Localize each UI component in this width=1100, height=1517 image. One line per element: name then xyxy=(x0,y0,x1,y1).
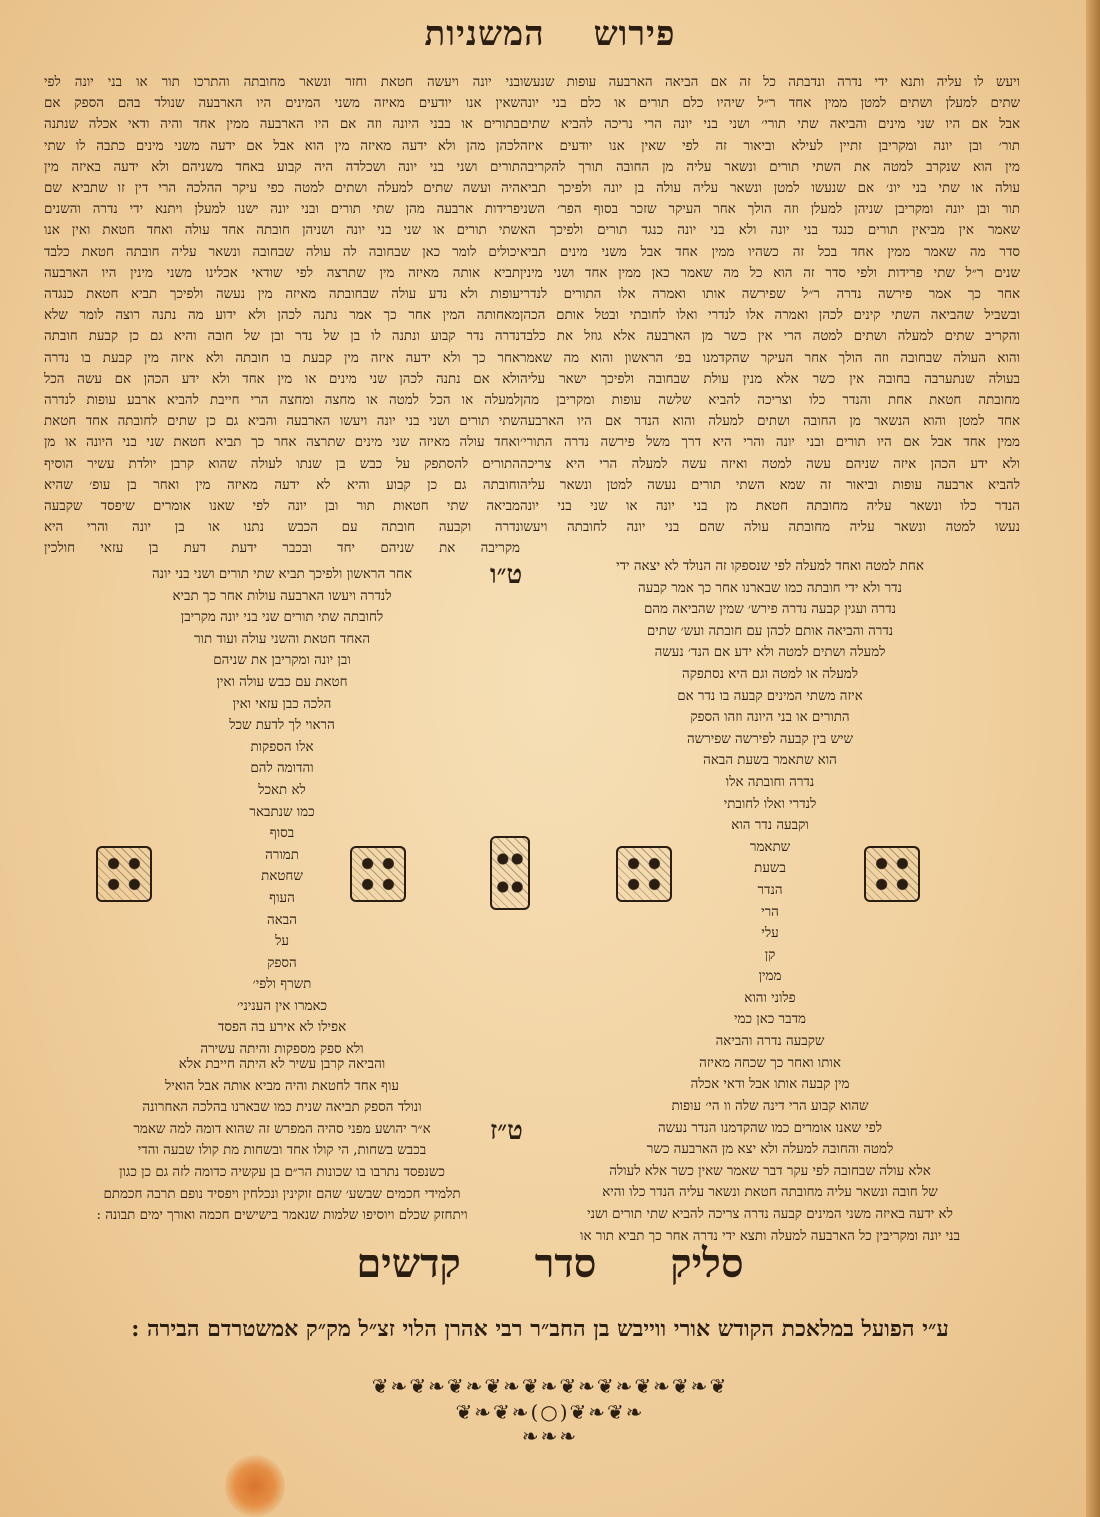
text-line: תשרף ולפי׳ xyxy=(44,974,520,996)
text-line: הנדר xyxy=(520,880,1020,902)
text-line: ובשביל שהביאה השתי קינים לכהן ואמרה אלו … xyxy=(520,305,1020,326)
text-line: מין קבעה אותו אבל ודאי אכלה xyxy=(520,1074,1020,1096)
text-line: הנדר כלו ונשאר עליה מחובתה חטאת מן בני י… xyxy=(520,496,1020,517)
text-line: מחובתה חטאת אחת והנדר כלו וצריכה להביא ש… xyxy=(520,390,1020,411)
text-line: מביאה שתי חטאות תור ובן יונה לפי שאנו או… xyxy=(44,496,520,517)
ornament-block-icon xyxy=(490,836,530,910)
text-line: עוף אחד לחטאת והיה מביא אותה אבל הואיל xyxy=(44,1076,520,1098)
text-line: תורים ושני בני יונה ושכלדה היה קבוע באחד… xyxy=(44,157,520,178)
paper-stain xyxy=(225,1455,285,1517)
text-line: נדרה והביאה אותם לכהן עם חובתה ועש׳ שתים xyxy=(520,621,1020,643)
text-line: שאין אנו יודעים מאיזה משני המינים היו הא… xyxy=(44,93,520,114)
text-line: לכהן מהן ולא ידעה מאיזה מין הוא אבל אם י… xyxy=(44,136,520,157)
text-line: מאחותה המין אחר כך אמר נתנה לכהן ולא ידו… xyxy=(44,305,520,326)
text-line: והדומה להם xyxy=(44,758,520,780)
text-line: שתי תורים או שני בני יונה ושניהן חובתה א… xyxy=(44,220,520,241)
text-line: עולה או שתי בני יונ׳ אם שנעשו למטן ונשאר… xyxy=(520,178,1020,199)
text-line: לנדרה ויעשו הארבעה עולות אחר כך תביא xyxy=(44,586,520,608)
text-line: מין הוא שנקרב למטה את השתי תורים ונשאר ע… xyxy=(520,157,1020,178)
text-line: חטאת עם כבש עולה ואין xyxy=(44,672,520,694)
fleuron-row-3-icon: ❧❧❧ xyxy=(0,1424,1100,1448)
text-line: מדבר כאן כמי xyxy=(520,1009,1020,1031)
text-line: כשנפסד נתרבו בו שכונות הר״ם בן עקשיה כדו… xyxy=(44,1162,520,1184)
text-line: נדרה ועגין קבעה נדרה פירש׳ שמין שהביאה מ… xyxy=(520,599,1020,621)
text-line: וחובתה גם כן קבוע והיא לא ידעה מאיזה מין… xyxy=(44,475,520,496)
text-line: עלי xyxy=(520,923,1020,945)
text-line: נדרה וחובתה אלו xyxy=(520,772,1020,794)
text-line: ונולד הספק תביאה שנית כמו שבארנו בהלכה ה… xyxy=(44,1097,520,1119)
text-line: התורים או בני היונה וזהו הספק xyxy=(520,707,1020,729)
text-line: הוא שתאמר בשעת הבאה xyxy=(520,750,1020,772)
text-line: אלו הספקות xyxy=(44,737,520,759)
text-line: בעולה שנתערבה בחובה אין כשר אלא מנין עול… xyxy=(520,369,1020,390)
left-column: בני יונה ויעשה חטאת וחזר ונשאר מחובתה וה… xyxy=(44,72,520,560)
text-line: ולא אם נתנה לכהן שני מינים או מין אחד ול… xyxy=(44,369,520,390)
gutter-marker-lower: ט״ז xyxy=(490,1116,523,1146)
left-tail: והביאה קרבן עשיר לא היתה חייבת אלא עוף א… xyxy=(44,1054,520,1227)
text-line: להביא ארבעה עופות וביאור זה שמא השתי תור… xyxy=(520,475,1020,496)
text-line: והביאה קרבן עשיר לא היתה חייבת אלא xyxy=(44,1054,520,1076)
text-line: שאמר אין מביאין תורים כנגד בני יונה ולא … xyxy=(520,220,1020,241)
running-head-word-2: המשניות xyxy=(425,14,545,54)
colophon-word-3: קדשים xyxy=(356,1240,460,1287)
colophon-title: סליק סדר קדשים xyxy=(0,1240,1100,1287)
text-line: למעלה או למטה וגם היא נסתפקה xyxy=(520,664,1020,686)
colophon-word-2: סדר xyxy=(535,1240,597,1287)
text-line: והוא העולה שבחובה וזה הולך אחר העיקר שהק… xyxy=(520,348,1020,369)
text-line: אלא עולה שבחובה לפי עקר דבר שאמר שאין כש… xyxy=(520,1161,1020,1183)
text-line: היה ועשה שתים למעלה ושתים למטה כפי עיקר … xyxy=(44,178,520,199)
text-line: ובן יונה ומקריבן את שניהם xyxy=(44,650,520,672)
text-line: ממין xyxy=(520,966,1020,988)
ornament-block-icon xyxy=(864,846,920,902)
text-line: פלוני והוא xyxy=(520,988,1020,1010)
text-line: תור ובן יונה ומקריבן שניהן למעלן וזה הול… xyxy=(520,199,1020,220)
text-line: א״ר יהושע מפני סהיה המפרש זה שהוא דומה ל… xyxy=(44,1119,520,1141)
text-line: וקבעה נדר הוא xyxy=(520,815,1020,837)
text-line: למעלה או הכל למטה או מחצה ומחצה הרי חייב… xyxy=(44,390,520,411)
text-line: פרידות ארבעה מהן שתי תורים ובני יונה ישנ… xyxy=(44,199,520,220)
text-line: והקריב שתים למעלה ושתים למטה הרי אין כשר… xyxy=(520,326,1020,347)
text-line: תור׳ ובן יונה ומקריבן זתיין לעילא וביאור… xyxy=(520,136,1020,157)
text-line: התורים להסתפק על כבש בן שנתו לעולה שהוא … xyxy=(44,454,520,475)
text-line: תלמידי חכמים שבשע׳ שהם זוקינין ונכלחין ו… xyxy=(44,1184,520,1206)
text-line: בשעת xyxy=(520,858,1020,880)
text-line: הרי xyxy=(520,902,1020,924)
text-line: אחר כך ולא ידעה איזה מין קבעת בו חובתה ו… xyxy=(44,348,520,369)
text-line: סדר מה שאמר ממין אחד בכל זה כשהיו ממין א… xyxy=(520,242,1020,263)
text-line: נדר ולא ידי חובתה כמו שבארנו אחר כך אמר … xyxy=(520,578,1020,600)
text-line: שתים למעלן ושתים למטן ממין אחד ר״ל שיהיו… xyxy=(520,93,1020,114)
text-line: לא ידעה באיזה משני המינים קבעה נדרה צריכ… xyxy=(520,1204,1020,1226)
text-line: הראוי לך לדעת שכל xyxy=(44,715,520,737)
ornament-block-icon xyxy=(350,846,406,902)
text-line: לנדרי ואלו לחובתי xyxy=(520,794,1020,816)
text-line: בתורים או בבני היונה וזה אם היו הארבעה מ… xyxy=(44,114,520,135)
printer-imprint: ע״י הפועל במלאכת הקודש אורי ווייבש בן הח… xyxy=(40,1316,1040,1342)
text-line: שתאמר xyxy=(520,837,1020,859)
text-line: כאמרו אין העניני׳ xyxy=(44,996,520,1018)
text-line: מקריבה את שניהם יחד ובכבר ידעת דעת בן עז… xyxy=(44,538,520,559)
right-tail: שהוא קבוע הרי דינה שלה וו הי׳ עופות לפי … xyxy=(520,1096,1020,1247)
text-line: נדרה נדר קבוע ונתנה לו בן של נדר ובן של … xyxy=(44,326,520,347)
text-line: לא תאכל xyxy=(44,780,520,802)
text-line: אבל אם היו שני מינים והביאה שתי תורי׳ וש… xyxy=(520,114,1020,135)
text-line: הספק xyxy=(44,953,520,975)
running-head-word-1: פירוש xyxy=(594,14,676,54)
text-line: שקבעה נדרה והביאה xyxy=(520,1031,1020,1053)
text-line: הלכה כבן עזאי ואין xyxy=(44,694,520,716)
left-taper: אחר הראשון ולפיכך תביא שתי תורים ושני בנ… xyxy=(44,564,520,1061)
text-line: נדרה וקבעה חובתה עם הכבש נתנו או בן יונה… xyxy=(44,517,520,538)
text-line: שהוא קבוע הרי דינה שלה וו הי׳ עופות xyxy=(520,1096,1020,1118)
text-line: אחר כך אמר פירשה נדרה ר״ל שפירשה אותו וא… xyxy=(520,284,1020,305)
text-line: למעלה ושתים למטה ולא ידע אם הנד׳ נעשה xyxy=(520,642,1020,664)
text-line: כמו שנתבאר xyxy=(44,802,520,824)
text-line: עופות ולא נדע עולה שבחובתה מאיזה מין נעש… xyxy=(44,284,520,305)
text-line: לחובתה שתי תורים שני בני יונה מקריבן xyxy=(44,607,520,629)
ornament-block-icon xyxy=(616,846,672,902)
text-line: אחת למטה ואחד למעלה לפי שנספקו זה הנולד … xyxy=(520,556,1020,578)
text-line: ויעש לו עליה ותנא ידי נדרה ונדבתה כל זה … xyxy=(520,72,1020,93)
text-line: נעשו למטה ונשאר עליה מחובתה עולה שהם בני… xyxy=(520,517,1020,538)
text-line: הבאה xyxy=(44,910,520,932)
colophon-word-1: סליק xyxy=(670,1240,743,1287)
text-line: אפילו לא אירע בה הפסד xyxy=(44,1017,520,1039)
text-line: שיש בין קבעה לפירשה שפירשה xyxy=(520,729,1020,751)
text-line: איזה משתי המינים קבעה בו נדר אם xyxy=(520,686,1020,708)
text-line: של חובה ונשאר עליה מחובתה חטאת ונשאר עלי… xyxy=(520,1182,1020,1204)
fleuron-row-2-icon: ❦❧❦❧(○)❦❧❦❧ xyxy=(0,1400,1100,1424)
right-taper: אחת למטה ואחד למעלה לפי שנספקו זה הנולד … xyxy=(520,556,1020,1096)
text-line: אותו ואחר כך שכחה מאיזה xyxy=(520,1053,1020,1075)
text-line: ולא ידע הכהן איזה שניהם עשה למטה ואיזה ע… xyxy=(520,454,1020,475)
text-line: אחר הראשון ולפיכך תביא שתי תורים ושני בנ… xyxy=(44,564,520,586)
text-line: שתי תורים ושני בני יונה ויעשו הארבעה והב… xyxy=(44,411,520,432)
fleuron-row-1-icon: ❦❧❦❧❦❧❦❧❦❧❦❧❦❧❦❧❦❧❦ xyxy=(0,1374,1100,1398)
text-line: יכולים לומר כאן שבחובה לה עולה שבחובה ונ… xyxy=(44,242,520,263)
text-line: האחד חטאת והשני עולה ועוד תור xyxy=(44,629,520,651)
text-line: למטה והחובה למעלה ולא יצא מן הארבעה כשר xyxy=(520,1139,1020,1161)
text-line: תביא אותה מאיזה מין שתרצה לפי שודאי אכלי… xyxy=(44,263,520,284)
text-line: אחד למטן והוא הנשאר מן החובה ושתים למעלה… xyxy=(520,411,1020,432)
running-head: פירוש המשניות xyxy=(0,14,1100,54)
gutter-marker-upper: ט״ו xyxy=(490,560,522,590)
text-line: בני יונה ויעשה חטאת וחזר ונשאר מחובתה וה… xyxy=(44,72,520,93)
text-line: ויתחזק שכלם ויוסיפו שלמות שנאמר בישישים … xyxy=(44,1205,520,1227)
text-line: ממין אחד אבל אם היו תורים ובני יונה והרי… xyxy=(520,432,1020,453)
text-line: קן xyxy=(520,945,1020,967)
text-line: על xyxy=(44,931,520,953)
text-line: שנים ר״ל שתי פרידות ולפי סדר זה הוא כל מ… xyxy=(520,263,1020,284)
text-line: בכבש בשחות, הי קולו אחד ובשחות מת קולו ש… xyxy=(44,1140,520,1162)
page-edge xyxy=(1086,0,1100,1517)
ornament-block-icon xyxy=(96,846,152,902)
text-line: לפי שאנו אומרים כמו שהקדמנו הנדר נעשה xyxy=(520,1118,1020,1140)
text-line: בסוף xyxy=(44,823,520,845)
text-line: ואחד עולה מאיזה שני מינים שתרצה אחר כך ת… xyxy=(44,432,520,453)
right-column: ויעש לו עליה ותנא ידי נדרה ונדבתה כל זה … xyxy=(520,72,1020,538)
